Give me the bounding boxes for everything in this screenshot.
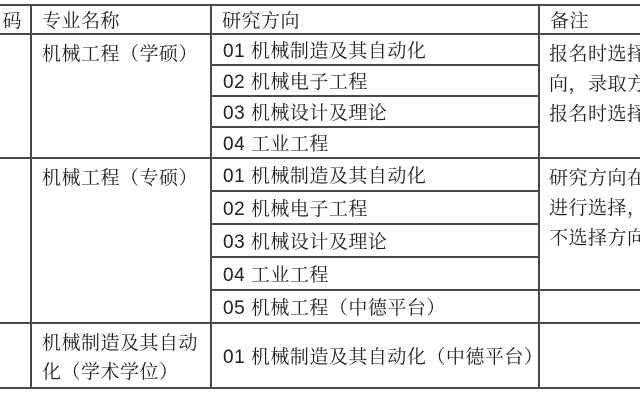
header-remark: 备注	[539, 5, 640, 34]
major-cell: 机械制造及其自动化（学术学位）	[31, 323, 211, 388]
table-row: 机械制造及其自动化（学术学位）01 机械制造及其自动化（中德平台）	[0, 323, 640, 388]
document-viewport: 码 专业名称 研究方向 备注 机械工程（学硕）01 机械制造及其自动化报名时选择…	[0, 0, 640, 400]
code-cell	[0, 323, 31, 388]
remark-cell: 研究方向在进行选择，不选择方向	[539, 158, 640, 290]
remark-cell	[539, 323, 640, 388]
remark-cell: 报名时选择向，录取方报名时选择	[539, 34, 640, 158]
table-row: 机械工程（学硕）01 机械制造及其自动化报名时选择向，录取方报名时选择	[0, 34, 640, 65]
major-cell: 机械工程（学硕）	[31, 34, 211, 158]
remark-line: 向，录取方	[549, 70, 640, 100]
header-direction: 研究方向	[211, 5, 539, 34]
remark-cell-empty	[539, 290, 640, 323]
table-row: 机械工程（专硕）01 机械制造及其自动化研究方向在进行选择，不选择方向	[0, 158, 640, 191]
major-cell: 机械工程（专硕）	[31, 158, 211, 323]
remark-line: 报名时选择	[549, 100, 640, 130]
direction-cell: 05 机械工程（中德平台）	[211, 290, 539, 323]
direction-cell: 03 机械设计及理论	[211, 224, 539, 257]
direction-cell: 02 机械电子工程	[211, 65, 539, 96]
remark-line: 研究方向在	[549, 164, 640, 194]
direction-cell: 01 机械制造及其自动化	[211, 158, 539, 191]
direction-cell: 01 机械制造及其自动化	[211, 34, 539, 65]
code-cell	[0, 34, 31, 158]
majors-table: 码 专业名称 研究方向 备注 机械工程（学硕）01 机械制造及其自动化报名时选择…	[0, 4, 640, 389]
code-cell	[0, 158, 31, 323]
direction-cell: 03 机械设计及理论	[211, 96, 539, 127]
header-major: 专业名称	[31, 5, 211, 34]
remark-line: 报名时选择	[549, 40, 640, 70]
header-code: 码	[0, 5, 31, 34]
remark-line: 不选择方向	[549, 224, 640, 254]
table-header-row: 码 专业名称 研究方向 备注	[0, 5, 640, 34]
table-body: 机械工程（学硕）01 机械制造及其自动化报名时选择向，录取方报名时选择02 机械…	[0, 34, 640, 388]
direction-cell: 04 工业工程	[211, 127, 539, 158]
remark-line: 进行选择，	[549, 194, 640, 224]
direction-cell: 04 工业工程	[211, 257, 539, 290]
direction-cell: 01 机械制造及其自动化（中德平台）	[211, 323, 539, 388]
direction-cell: 02 机械电子工程	[211, 191, 539, 224]
